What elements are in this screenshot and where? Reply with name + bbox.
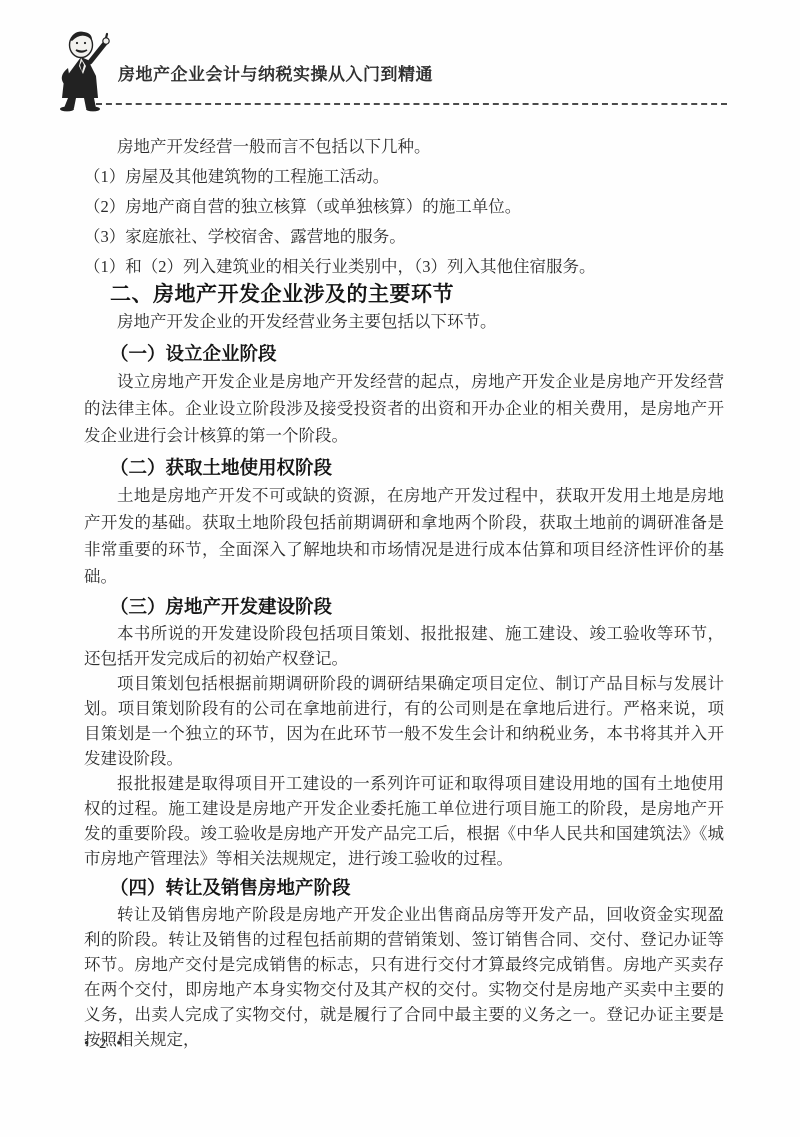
intro-list-item-3: （3）家庭旅社、学校宿舍、露营地的服务。 (84, 222, 724, 252)
page-number: • 2 • (84, 1036, 125, 1052)
subsection-2-heading: （二）获取土地使用权阶段 (110, 455, 724, 480)
subsection-acquire-land: （二）获取土地使用权阶段 土地是房地产开发不可或缺的资源，在房地产开发过程中，获… (84, 455, 724, 590)
subsection-development-construction: （三）房地产开发建设阶段 本书所说的开发建设阶段包括项目策划、报批报建、施工建设… (84, 594, 724, 871)
subsection-establish-company: （一）设立企业阶段 设立房地产开发企业是房地产开发经营的起点，房地产开发企业是房… (84, 341, 724, 449)
intro-list-item-1: （1）房屋及其他建筑物的工程施工活动。 (84, 162, 724, 192)
page-header: 房地产企业会计与纳税实操从入门到精通 (0, 0, 800, 130)
subsection-1-paragraph-1: 设立房地产开发企业是房地产开发经营的起点，房地产开发企业是房地产开发经营的法律主… (84, 368, 724, 449)
book-page: 房地产企业会计与纳税实操从入门到精通 房地产开发经营一般而言不包括以下几种。 （… (0, 0, 800, 1137)
intro-section: 房地产开发经营一般而言不包括以下几种。 （1）房屋及其他建筑物的工程施工活动。 … (84, 132, 724, 282)
page-content: 房地产开发经营一般而言不包括以下几种。 （1）房屋及其他建筑物的工程施工活动。 … (84, 132, 724, 1052)
subsection-3-paragraph-1: 本书所说的开发建设阶段包括项目策划、报批报建、施工建设、竣工验收等环节，还包括开… (84, 621, 724, 671)
subsection-4-heading: （四）转让及销售房地产阶段 (110, 875, 724, 900)
subsection-4-paragraph-1: 转让及销售房地产阶段是房地产开发企业出售商品房等开发产品，回收资金实现盈利的阶段… (84, 902, 724, 1052)
subsection-3-paragraph-3: 报批报建是取得项目开工建设的一系列许可证和取得项目建设用地的国有土地使用权的过程… (84, 771, 724, 871)
subsection-1-heading: （一）设立企业阶段 (110, 341, 724, 366)
subsection-2-paragraph-1: 土地是房地产开发不可或缺的资源，在房地产开发过程中，获取开发用土地是房地产开发的… (84, 482, 724, 590)
header-divider-dashed-rule (96, 103, 727, 105)
book-title: 房地产企业会计与纳税实操从入门到精通 (118, 60, 433, 85)
subsection-3-paragraph-2: 项目策划包括根据前期调研阶段的调研结果确定项目定位、制订产品目标与发展计划。项目… (84, 671, 724, 771)
intro-list-note: （1）和（2）列入建筑业的相关行业类别中，（3）列入其他住宿服务。 (84, 252, 724, 282)
section-heading: 二、房地产开发企业涉及的主要环节 (110, 282, 724, 308)
section-lead-paragraph: 房地产开发企业的开发经营业务主要包括以下环节。 (84, 308, 724, 335)
intro-lead-paragraph: 房地产开发经营一般而言不包括以下几种。 (84, 132, 724, 162)
intro-list-item-2: （2）房地产商自营的独立核算（或单独核算）的施工单位。 (84, 192, 724, 222)
subsection-transfer-sale: （四）转让及销售房地产阶段 转让及销售房地产阶段是房地产开发企业出售商品房等开发… (84, 875, 724, 1052)
subsection-3-heading: （三）房地产开发建设阶段 (110, 594, 724, 619)
page-footer: • 2 • (84, 1036, 125, 1053)
professor-mascot-icon (50, 28, 118, 112)
